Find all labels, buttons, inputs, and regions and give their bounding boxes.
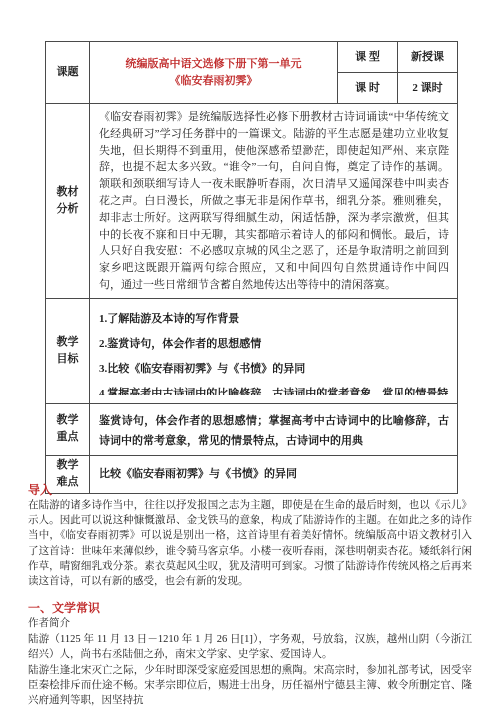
topic-title-cell: 统编版高中语文选修下册下第一单元 《临安春雨初霁》 [90,42,338,104]
section1-heading: 一、文学常识 [28,601,472,615]
table-row-topic: 课题 统编版高中语文选修下册下第一单元 《临安春雨初霁》 课 型 新授课 [46,42,458,73]
objective-item: 1.了解陆游及本诗的写作背景 [99,311,449,328]
course-hours-value: 2 课时 [398,73,458,104]
course-type-label: 课 型 [338,42,398,73]
course-type-value: 新授课 [398,42,458,73]
table-row-objectives: 教学 目标 1.了解陆游及本诗的写作背景2.鉴赏诗句，体会作者的思想感情3.比较… [46,298,458,403]
intro-heading: 导入 [28,483,472,497]
objectives-list: 1.了解陆游及本诗的写作背景2.鉴赏诗句，体会作者的思想感情3.比较《临安春雨初… [99,307,449,395]
author-bio-paragraph-2: 陆游生逢北宋灭亡之际，少年时即深受家庭爱国思想的熏陶。宋高宗时，参加礼部考试，因… [28,663,472,707]
intro-paragraph: 在陆游的诸多诗作当中，往往以抒发报国之志为主题，即使是在生命的最后时刻，也以《示… [28,498,472,589]
lesson-plan-document: 课题 统编版高中语文选修下册下第一单元 《临安春雨初霁》 课 型 新授课 课 时… [0,0,500,707]
analysis-label: 教材 分析 [46,104,90,299]
topic-title-line1: 统编版高中语文选修下册下第一单元 [90,56,337,73]
course-hours-label: 课 时 [338,73,398,104]
document-body: 导入 在陆游的诸多诗作当中，往往以抒发报国之志为主题，即使是在生命的最后时刻，也… [28,483,472,707]
topic-label: 课题 [46,42,90,104]
lesson-plan-table: 课题 统编版高中语文选修下册下第一单元 《临安春雨初霁》 课 型 新授课 课 时… [45,41,458,494]
keypoints-content: 鉴赏诗句，体会作者的思想感情；掌握高考中古诗词中的比喻修辞，古诗词中的常考意象，… [90,403,458,455]
author-subheading: 作者简介 [28,617,472,631]
objective-item: 4.掌握高考中古诗词中的比喻修辞，古诗词中的常考意象，常见的情景特点，古 [99,386,449,395]
topic-title-line2: 《临安春雨初霁》 [90,73,337,90]
analysis-content: 《临安春雨初霁》是统编版选择性必修下册教材古诗词诵读“中华传统文化经典研习”学习… [90,104,458,299]
table-row-analysis: 教材 分析 《临安春雨初霁》是统编版选择性必修下册教材古诗词诵读“中华传统文化经… [46,104,458,299]
objectives-content: 1.了解陆游及本诗的写作背景2.鉴赏诗句，体会作者的思想感情3.比较《临安春雨初… [90,298,458,403]
objective-item: 3.比较《临安春雨初霁》与《书愤》的异同 [99,361,449,378]
objective-item: 2.鉴赏诗句，体会作者的思想感情 [99,336,449,353]
table-row-keypoints: 教学 重点 鉴赏诗句，体会作者的思想感情；掌握高考中古诗词中的比喻修辞，古诗词中… [46,403,458,455]
author-bio-paragraph-1: 陆游（1125 年 11 月 13 日－1210 年 1 月 26 日[1]），… [28,632,472,662]
objectives-label: 教学 目标 [46,298,90,403]
keypoints-label: 教学 重点 [46,403,90,455]
